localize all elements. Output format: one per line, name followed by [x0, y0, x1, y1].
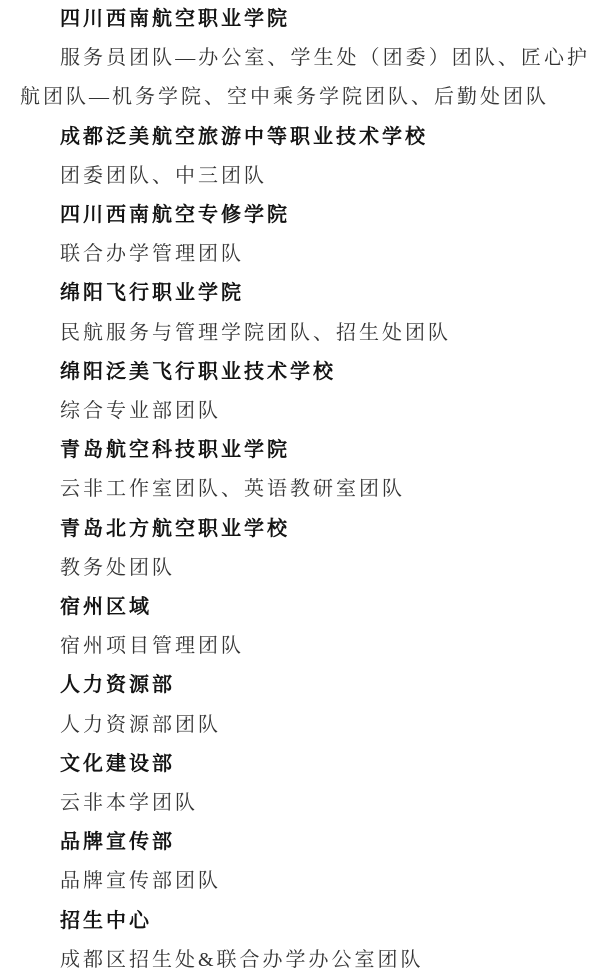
org-name-heading: 宿州区域 — [20, 588, 590, 627]
org-section: 青岛航空科技职业学院 云非工作室团队、英语教研室团队 — [20, 431, 590, 509]
org-section: 人力资源部 人力资源部团队 — [20, 666, 590, 744]
org-section: 青岛北方航空职业学校 教务处团队 — [20, 510, 590, 588]
org-teams-text: 云非工作室团队、英语教研室团队 — [20, 470, 590, 509]
org-teams-text: 团委团队、中三团队 — [20, 157, 590, 196]
org-name-heading: 绵阳泛美飞行职业技术学校 — [20, 353, 590, 392]
org-section: 成都泛美航空旅游中等职业技术学校 团委团队、中三团队 — [20, 118, 590, 196]
org-name-heading: 招生中心 — [20, 902, 590, 941]
org-teams-text: 服务员团队—办公室、学生处（团委）团队、匠心护航团队—机务学院、空中乘务学院团队… — [20, 39, 590, 117]
org-teams-text: 云非本学团队 — [20, 784, 590, 823]
org-section: 绵阳泛美飞行职业技术学校 综合专业部团队 — [20, 353, 590, 431]
org-name-heading: 人力资源部 — [20, 666, 590, 705]
org-name-heading: 文化建设部 — [20, 745, 590, 784]
org-teams-text: 品牌宣传部团队 — [20, 862, 590, 901]
org-name-heading: 四川西南航空专修学院 — [20, 196, 590, 235]
org-name-heading: 品牌宣传部 — [20, 823, 590, 862]
org-name-heading: 绵阳飞行职业学院 — [20, 274, 590, 313]
org-name-heading: 成都泛美航空旅游中等职业技术学校 — [20, 118, 590, 157]
org-section: 品牌宣传部 品牌宣传部团队 — [20, 823, 590, 901]
org-teams-text: 综合专业部团队 — [20, 392, 590, 431]
org-section: 四川西南航空专修学院 联合办学管理团队 — [20, 196, 590, 274]
org-teams-text: 成都区招生处&联合办学办公室团队 — [20, 941, 590, 980]
org-section: 文化建设部 云非本学团队 — [20, 745, 590, 823]
org-name-heading: 四川西南航空职业学院 — [20, 0, 590, 39]
document-page: 四川西南航空职业学院 服务员团队—办公室、学生处（团委）团队、匠心护航团队—机务… — [0, 0, 600, 980]
org-name-heading: 青岛北方航空职业学校 — [20, 510, 590, 549]
org-teams-text: 教务处团队 — [20, 549, 590, 588]
org-section: 宿州区域 宿州项目管理团队 — [20, 588, 590, 666]
org-section: 招生中心 成都区招生处&联合办学办公室团队 — [20, 902, 590, 980]
org-teams-text: 民航服务与管理学院团队、招生处团队 — [20, 314, 590, 353]
org-teams-text: 联合办学管理团队 — [20, 235, 590, 274]
org-teams-text: 人力资源部团队 — [20, 706, 590, 745]
org-name-heading: 青岛航空科技职业学院 — [20, 431, 590, 470]
org-section: 四川西南航空职业学院 服务员团队—办公室、学生处（团委）团队、匠心护航团队—机务… — [20, 0, 590, 118]
org-teams-text: 宿州项目管理团队 — [20, 627, 590, 666]
org-section: 绵阳飞行职业学院 民航服务与管理学院团队、招生处团队 — [20, 274, 590, 352]
